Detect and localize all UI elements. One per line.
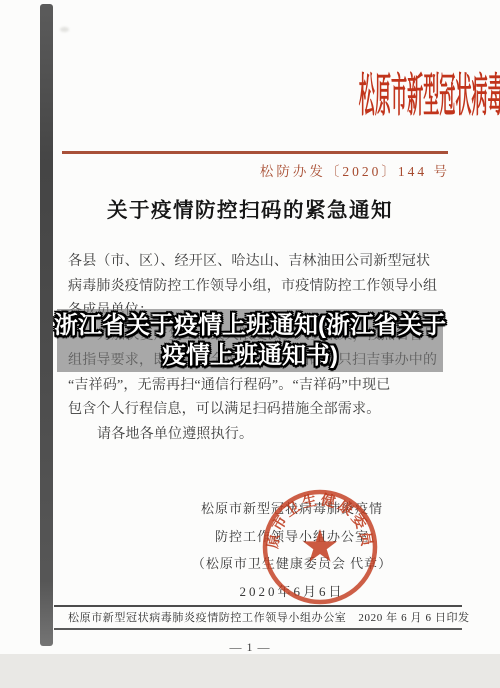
body-line: 病毒肺炎疫情防控工作领导小组，市疫情防控工作领导小组 bbox=[68, 275, 448, 300]
body-line: 各县（市、区）、经开区、哈达山、吉林油田公司新型冠状 bbox=[68, 250, 448, 275]
official-seal: 松原市卫生健康委员会 bbox=[256, 483, 384, 611]
footer-imprint-date: 2020 年 6 月 6 日印发 bbox=[358, 612, 469, 624]
photo-bottom-gray-band bbox=[0, 654, 500, 688]
seal-star-icon bbox=[303, 529, 337, 562]
document-number: 松防办发〔2020〕144 号 bbox=[0, 160, 450, 180]
document-photo: 松原市新型冠状病毒肺炎疫情防控工作领导小组办公室 松防办发〔2020〕144 号… bbox=[0, 0, 500, 688]
body-line: “吉祥码”，无需再扫“通信行程码”。“吉祥码”中现已 bbox=[68, 374, 448, 399]
caption-overlay-banner: 浙江省关于疫情上班通知(浙江省关于 疫情上班通知书) bbox=[57, 309, 443, 372]
caption-overlay-line2: 疫情上班通知书) bbox=[162, 341, 338, 371]
notice-title: 关于疫情防控扫码的紧急通知 bbox=[0, 193, 500, 223]
body-line: 请各地各单位遵照执行。 bbox=[68, 423, 448, 448]
page-number: — 1 — bbox=[0, 640, 500, 655]
letterhead-rule bbox=[62, 151, 448, 154]
footer-imprint: 松原市新型冠状病毒肺炎疫情防控工作领导小组办公室2020 年 6 月 6 日印发 bbox=[68, 609, 468, 625]
scan-smudge bbox=[60, 27, 69, 32]
letterhead-org: 松原市新型冠状病毒肺炎疫情防控工作领导小组办公室 bbox=[0, 70, 500, 122]
body-line: 包含个人行程信息，可以满足扫码措施全部需求。 bbox=[68, 398, 448, 423]
caption-overlay-line1: 浙江省关于疫情上班通知(浙江省关于 bbox=[54, 311, 446, 341]
letterhead-org-text: 松原市新型冠状病毒肺炎疫情防控工作领导小组办公室 bbox=[359, 70, 500, 122]
footer-rule-bottom bbox=[54, 628, 462, 630]
scan-fold-strip bbox=[40, 4, 53, 646]
footer-imprint-org: 松原市新型冠状病毒肺炎疫情防控工作领导小组办公室 bbox=[68, 612, 346, 624]
